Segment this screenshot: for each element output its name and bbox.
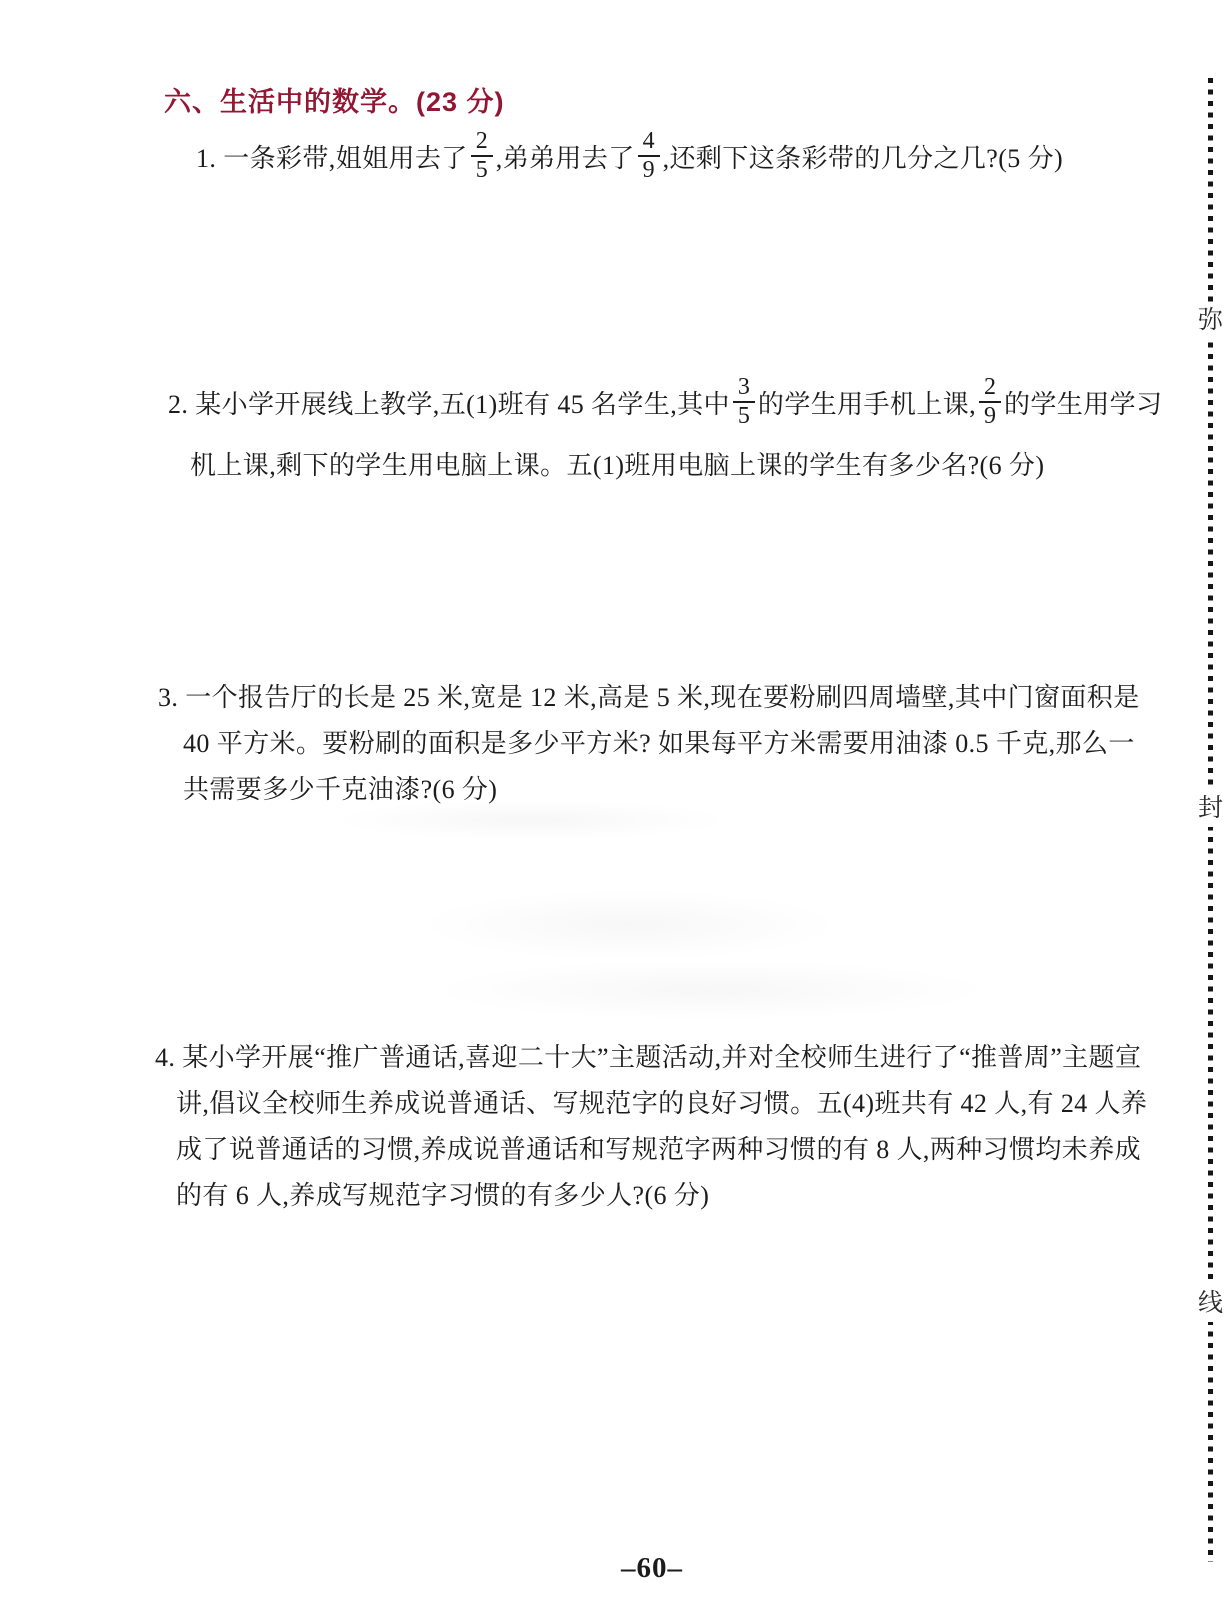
fraction-numerator: 2 xyxy=(471,129,493,155)
scan-artifact xyxy=(420,890,840,960)
fraction-denominator: 5 xyxy=(733,401,755,429)
problem-4-line-2: 讲,倡议全校师生养成说普通话、写规范字的良好习惯。五(4)班共有 42 人,有 … xyxy=(176,1078,1147,1124)
problem-text: ,还剩下这条彩带的几分之几?(5 分) xyxy=(663,138,1063,175)
problem-4-line-4: 的有 6 人,养成写规范字习惯的有多少人?(6 分) xyxy=(176,1170,1147,1216)
problem-4-line-3: 成了说普通话的习惯,养成说普通话和写规范字两种习惯的有 8 人,两种习惯均未养成 xyxy=(176,1124,1147,1170)
problem-text: 2. 某小学开展线上教学,五(1)班有 45 名学生,其中 xyxy=(168,384,730,421)
fraction-denominator: 9 xyxy=(638,155,660,183)
section-title: 六、生活中的数学。(23 分) xyxy=(164,80,505,119)
problem-4-line-1: 4. 某小学开展“推广普通话,喜迎二十大”主题活动,并对全校师生进行了“推普周”… xyxy=(155,1032,1147,1078)
problem-text: 讲,倡议全校师生养成说普通话、写规范字的良好习惯。五(4)班共有 42 人,有 … xyxy=(176,1083,1147,1120)
problem-text: 机上课,剩下的学生用电脑上课。五(1)班用电脑上课的学生有多少名?(6 分) xyxy=(190,445,1044,482)
problem-3-line-1: 3. 一个报告厅的长是 25 米,宽是 12 米,高是 5 米,现在要粉刷四周墙… xyxy=(158,672,1140,718)
problem-3-line-3: 共需要多少千克油漆?(6 分) xyxy=(183,764,1140,810)
fraction-numerator: 3 xyxy=(733,375,755,401)
problem-text: 的有 6 人,养成写规范字习惯的有多少人?(6 分) xyxy=(176,1175,709,1212)
problem-text: 3. 一个报告厅的长是 25 米,宽是 12 米,高是 5 米,现在要粉刷四周墙… xyxy=(158,677,1140,714)
problem-3-line-2: 40 平方米。要粉刷的面积是多少平方米? 如果每平方米需要用油漆 0.5 千克,… xyxy=(183,718,1140,764)
seal-char-feng: 封 xyxy=(1198,790,1224,827)
problem-text: 成了说普通话的习惯,养成说普通话和写规范字两种习惯的有 8 人,两种习惯均未养成 xyxy=(176,1129,1141,1166)
problem-1-line-1: 1. 一条彩带,姐姐用去了25,弟弟用去了49,还剩下这条彩带的几分之几?(5 … xyxy=(196,118,1063,194)
problem-text: 共需要多少千克油漆?(6 分) xyxy=(183,769,497,806)
problem-text: 的学生用学习 xyxy=(1004,384,1162,421)
seal-char-xian: 线 xyxy=(1198,1285,1224,1322)
fraction: 29 xyxy=(979,375,1001,429)
fraction: 35 xyxy=(733,375,755,429)
exam-page: 六、生活中的数学。(23 分) 1. 一条彩带,姐姐用去了25,弟弟用去了49,… xyxy=(0,0,1224,1608)
fraction-numerator: 2 xyxy=(979,375,1001,401)
problem-1: 1. 一条彩带,姐姐用去了25,弟弟用去了49,还剩下这条彩带的几分之几?(5 … xyxy=(196,118,1063,194)
page-number: –60– xyxy=(562,1552,742,1585)
seal-char-mi: 弥 xyxy=(1198,302,1224,339)
fraction-numerator: 4 xyxy=(638,129,660,155)
problem-3: 3. 一个报告厅的长是 25 米,宽是 12 米,高是 5 米,现在要粉刷四周墙… xyxy=(158,672,1140,810)
problem-2-line-1: 2. 某小学开展线上教学,五(1)班有 45 名学生,其中35的学生用手机上课,… xyxy=(168,364,1162,440)
problem-text: 1. 一条彩带,姐姐用去了 xyxy=(196,138,468,175)
fraction-denominator: 9 xyxy=(979,401,1001,429)
problem-4: 4. 某小学开展“推广普通话,喜迎二十大”主题活动,并对全校师生进行了“推普周”… xyxy=(155,1032,1147,1216)
problem-text: 4. 某小学开展“推广普通话,喜迎二十大”主题活动,并对全校师生进行了“推普周”… xyxy=(155,1037,1141,1074)
fraction-denominator: 5 xyxy=(471,155,493,183)
problem-text: 40 平方米。要粉刷的面积是多少平方米? 如果每平方米需要用油漆 0.5 千克,… xyxy=(183,723,1135,760)
problem-2: 2. 某小学开展线上教学,五(1)班有 45 名学生,其中35的学生用手机上课,… xyxy=(168,364,1162,486)
fraction: 49 xyxy=(638,129,660,183)
problem-text: ,弟弟用去了 xyxy=(496,138,635,175)
problem-2-line-2: 机上课,剩下的学生用电脑上课。五(1)班用电脑上课的学生有多少名?(6 分) xyxy=(190,440,1162,486)
problem-text: 的学生用手机上课, xyxy=(758,384,976,421)
fraction: 25 xyxy=(471,129,493,183)
scan-artifact xyxy=(430,960,990,1020)
